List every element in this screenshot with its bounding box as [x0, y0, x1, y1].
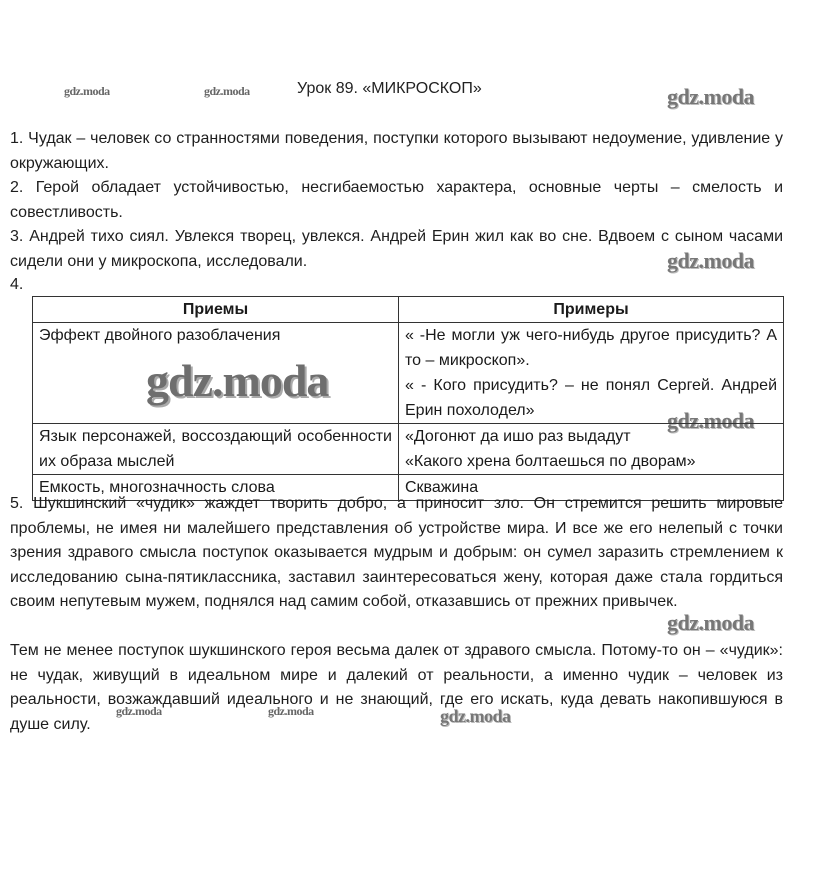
answer-2: 2. Герой обладает устойчивостью, несгиба…: [10, 176, 783, 225]
watermark: gdz.moda: [64, 84, 110, 99]
watermark: gdz.moda: [204, 84, 250, 99]
example-quote: «Какого хрена болтаешься по дворам»: [405, 449, 777, 474]
column-header-examples: Примеры: [399, 297, 784, 323]
watermark: gdz.moda: [146, 354, 328, 407]
answer-1: 1. Чудак – человек со странностями повед…: [10, 127, 783, 176]
table-row: Язык персонажей, воссоздающий особенност…: [33, 424, 784, 475]
techniques-table: Приемы Примеры Эффект двойного разоблаче…: [32, 296, 784, 501]
page-title: Урок 89. «МИКРОСКОП»: [297, 80, 482, 98]
answer-5-paragraph-1: 5. Шукшинский «чудик» жаждет творить доб…: [10, 492, 783, 615]
examples-cell: « -Не могли уж чего-нибудь другое присуд…: [399, 323, 784, 424]
example-quote: « -Не могли уж чего-нибудь другое присуд…: [405, 323, 777, 373]
table-header-row: Приемы Примеры: [33, 297, 784, 323]
watermark: gdz.moda: [667, 84, 754, 110]
answer-3: 3. Андрей тихо сиял. Увлекся творец, увл…: [10, 225, 783, 274]
example-quote: «Догонют да ишо раз выдадут: [405, 424, 777, 449]
example-quote: « - Кого присудить? – не понял Сергей. А…: [405, 373, 777, 423]
answer-5-paragraph-2: Тем не менее поступок шукшинского героя …: [10, 639, 783, 737]
technique-cell: Язык персонажей, воссоздающий особенност…: [33, 424, 399, 475]
examples-cell: «Догонют да ишо раз выдадут «Какого хрен…: [399, 424, 784, 475]
answer-4-label: 4.: [10, 273, 783, 298]
column-header-techniques: Приемы: [33, 297, 399, 323]
